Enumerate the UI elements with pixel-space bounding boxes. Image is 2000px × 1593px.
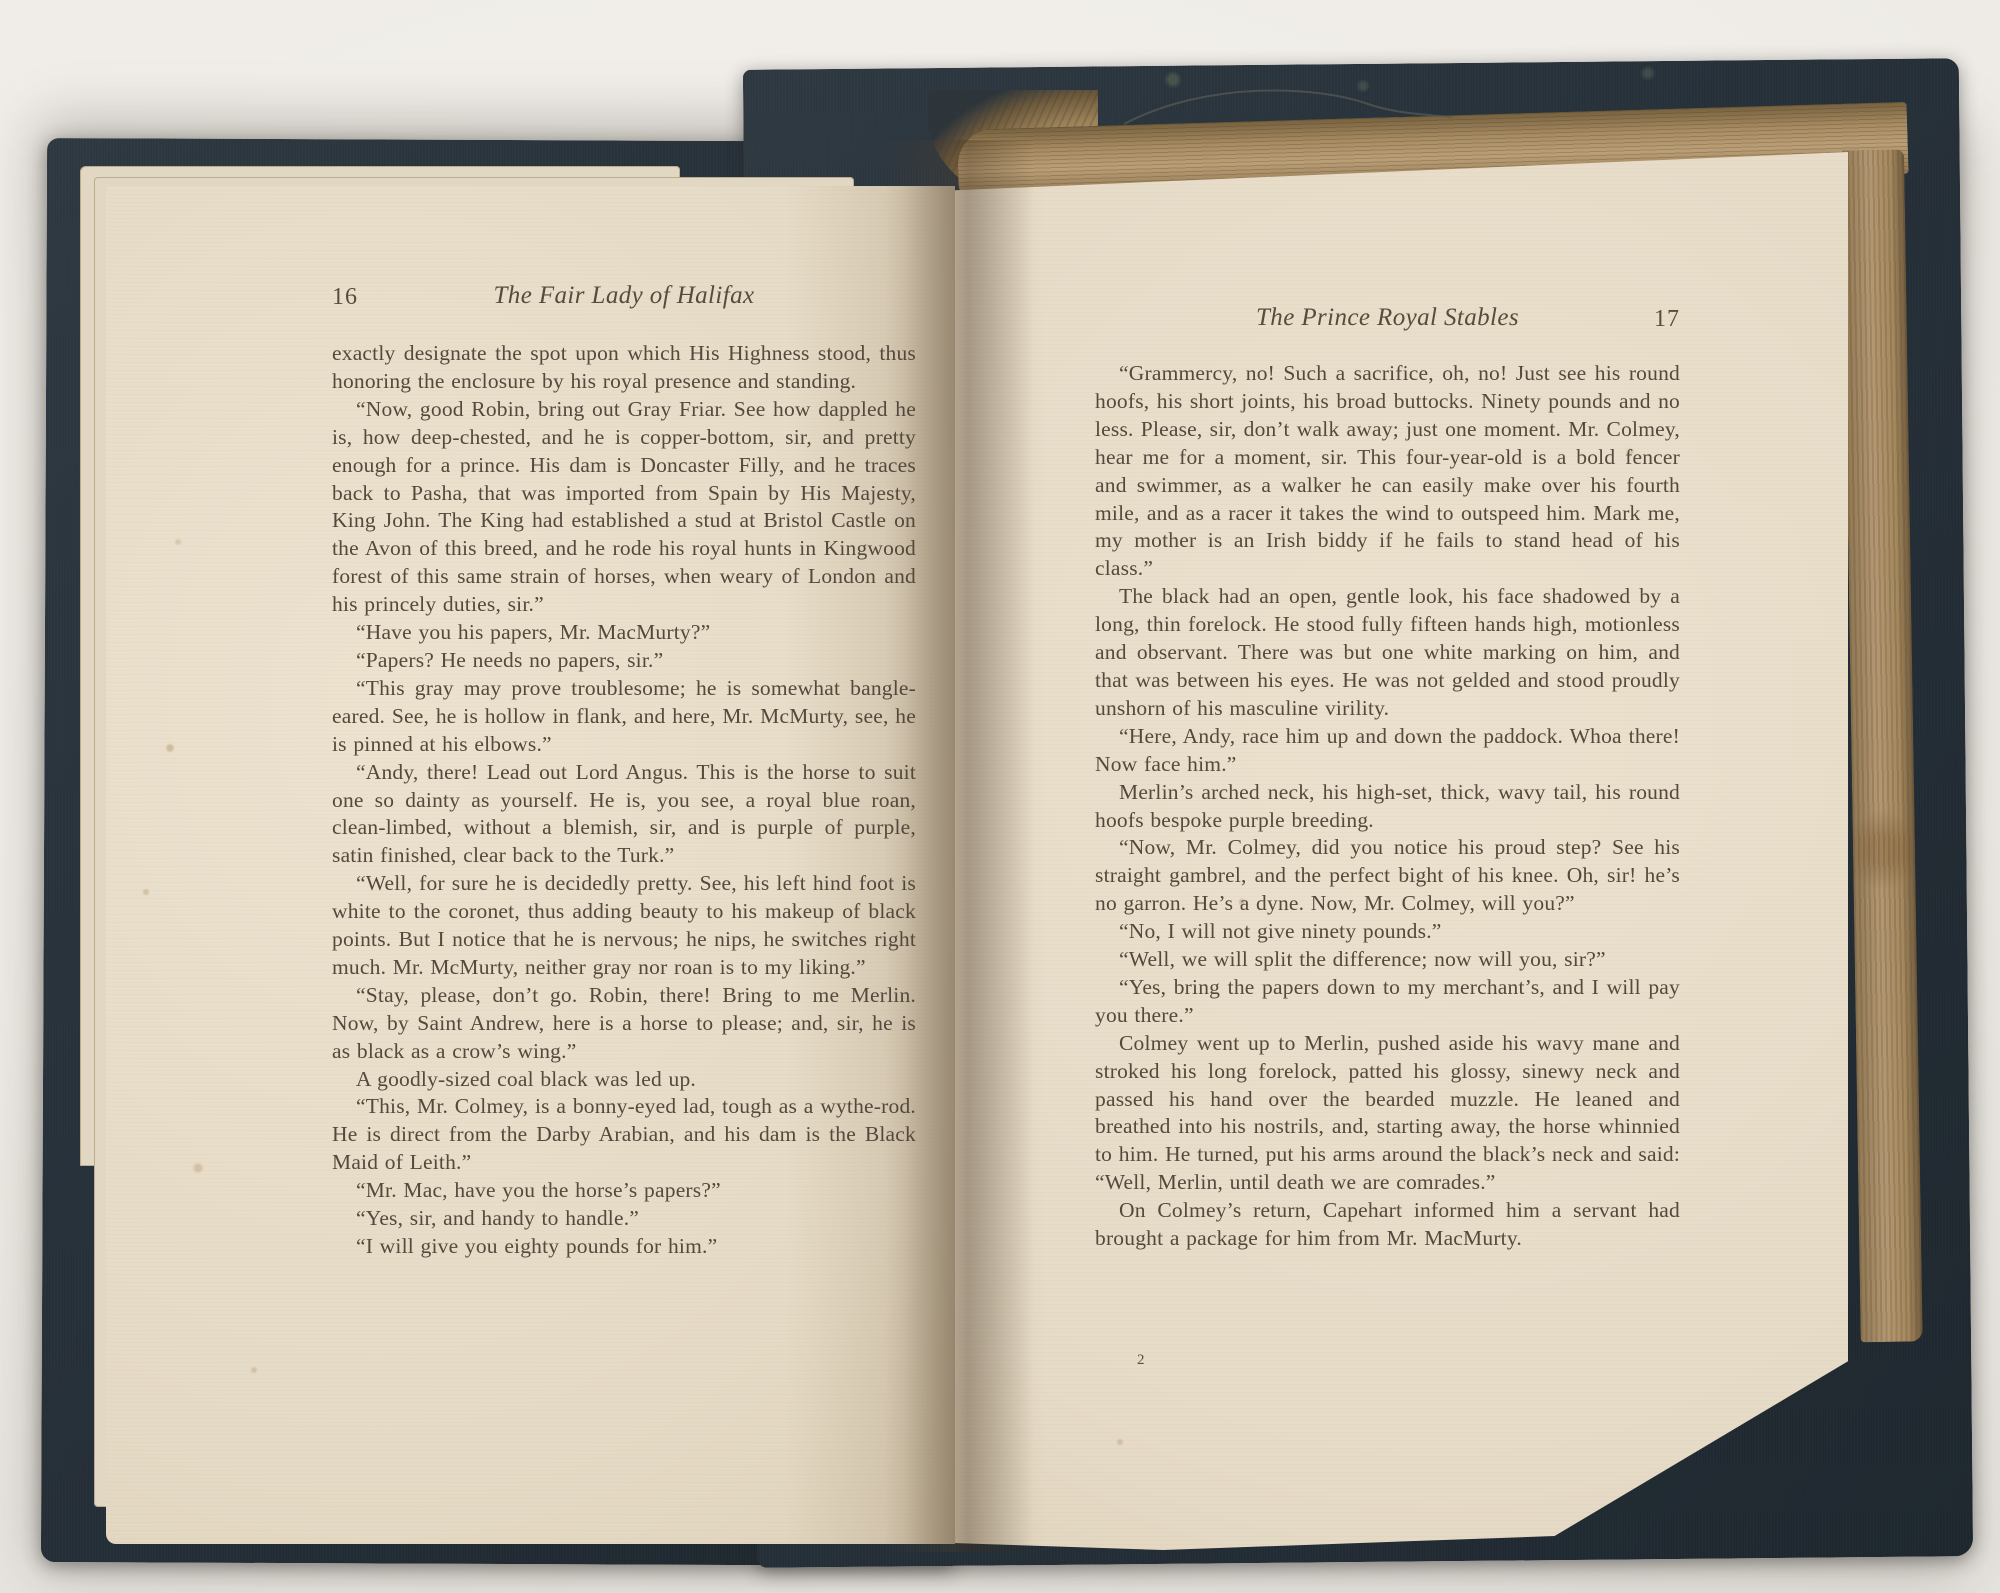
running-title: The Prince Royal Stables: [1095, 304, 1680, 332]
body-paragraph: “Now, Mr. Colmey, did you notice his pro…: [1095, 834, 1680, 918]
body-paragraph: “No, I will not give ninety pounds.”: [1095, 918, 1680, 946]
book-photograph: The Prince Royal Stables 17 “Grammercy, …: [0, 0, 2000, 1593]
body-paragraph: “This, Mr. Colmey, is a bonny-eyed lad, …: [332, 1093, 916, 1177]
running-title: The Fair Lady of Halifax: [332, 282, 916, 310]
body-paragraph: “Yes, bring the papers down to my mercha…: [1095, 974, 1680, 1030]
page-body-text: exactly designate the spot upon which Hi…: [332, 340, 916, 1261]
body-paragraph: “Grammercy, no! Such a sacrifice, oh, no…: [1095, 360, 1680, 583]
body-paragraph: “Yes, sir, and handy to handle.”: [332, 1205, 916, 1233]
page-header: The Prince Royal Stables 17: [1095, 304, 1680, 338]
body-paragraph: On Colmey’s return, Capehart informed hi…: [1095, 1197, 1680, 1253]
body-paragraph: Colmey went up to Merlin, pushed aside h…: [1095, 1030, 1680, 1197]
body-paragraph: “Mr. Mac, have you the horse’s papers?”: [332, 1177, 916, 1205]
body-paragraph: “Papers? He needs no papers, sir.”: [332, 647, 916, 675]
dust-fiber: [1118, 78, 1458, 138]
body-paragraph: A goodly-sized coal black was led up.: [332, 1066, 916, 1094]
body-paragraph: “Well, we will split the difference; now…: [1095, 946, 1680, 974]
page-body-text: “Grammercy, no! Such a sacrifice, oh, no…: [1095, 360, 1680, 1253]
signature-mark: 2: [1137, 1352, 1145, 1369]
page-number: 16: [332, 284, 358, 311]
page-header: 16 The Fair Lady of Halifax: [332, 282, 916, 316]
body-paragraph: “Andy, there! Lead out Lord Angus. This …: [332, 759, 916, 871]
body-paragraph: exactly designate the spot upon which Hi…: [332, 340, 916, 396]
body-paragraph: “I will give you eighty pounds for him.”: [332, 1233, 916, 1261]
book-page-left: 16 The Fair Lady of Halifax exactly desi…: [106, 186, 955, 1544]
body-paragraph: “This gray may prove troublesome; he is …: [332, 675, 916, 759]
body-paragraph: “Here, Andy, race him up and down the pa…: [1095, 723, 1680, 779]
body-paragraph: “Well, for sure he is decidedly pretty. …: [332, 870, 916, 982]
body-paragraph: “Have you his papers, Mr. MacMurty?”: [332, 619, 916, 647]
body-paragraph: The black had an open, gentle look, his …: [1095, 583, 1680, 723]
book-page-right: The Prince Royal Stables 17 “Grammercy, …: [870, 152, 1848, 1550]
body-paragraph: “Stay, please, don’t go. Robin, there! B…: [332, 982, 916, 1066]
body-paragraph: Merlin’s arched neck, his high-set, thic…: [1095, 779, 1680, 835]
page-number: 17: [1654, 306, 1680, 333]
body-paragraph: “Now, good Robin, bring out Gray Friar. …: [332, 396, 916, 619]
